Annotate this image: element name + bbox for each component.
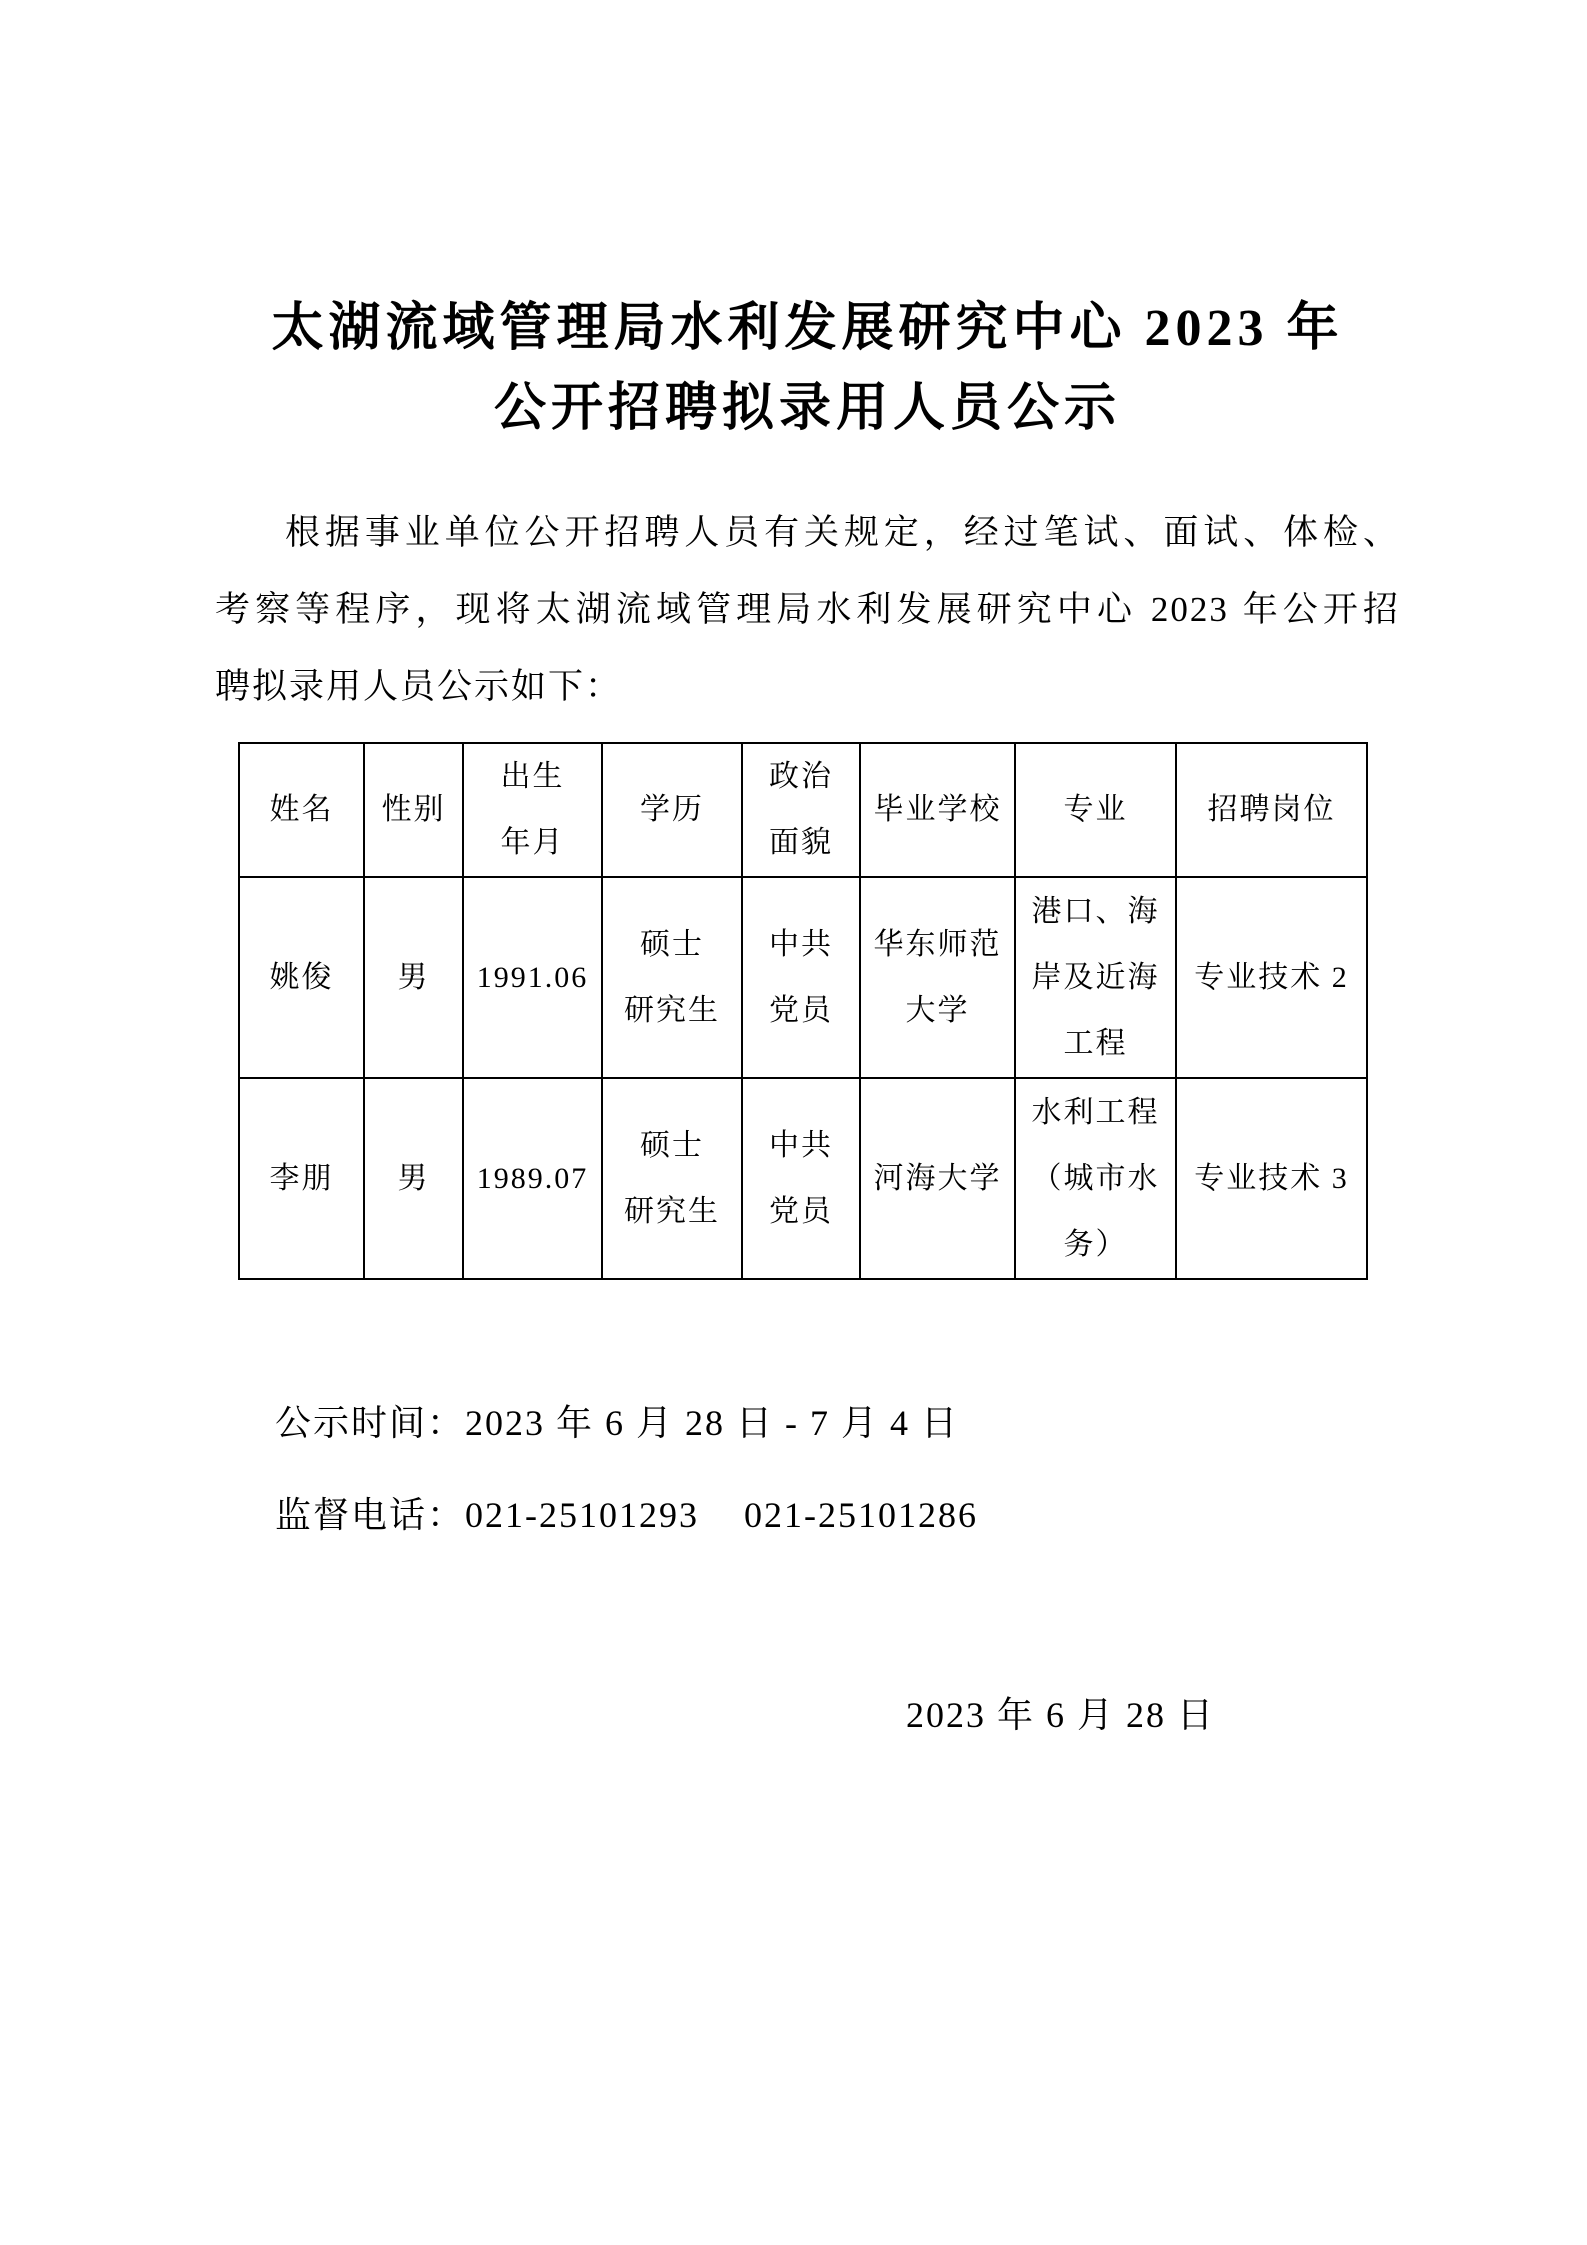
paragraph-line-1: 根据事业单位公开招聘人员有关规定，经过笔试、面试、体检、 bbox=[215, 494, 1400, 571]
col-header-position: 招聘岗位 bbox=[1176, 743, 1367, 877]
cell-birthdate: 1989.07 bbox=[463, 1078, 602, 1279]
signature-date: 2023 年 6 月 28 日 bbox=[215, 1685, 1400, 1745]
candidate-table: 姓名 性别 出生 年月 学历 政治 面貌 毕业学校 专业 招聘岗位 姚俊 男 1… bbox=[238, 742, 1368, 1280]
paragraph-line-3: 聘拟录用人员公示如下： bbox=[215, 648, 1400, 725]
paragraph-line-2: 考察等程序，现将太湖流域管理局水利发展研究中心 2023 年公开招 bbox=[215, 571, 1400, 648]
col-header-name: 姓名 bbox=[239, 743, 364, 877]
col-header-education: 学历 bbox=[602, 743, 742, 877]
cell-major: 港口、海 岸及近海 工程 bbox=[1015, 877, 1176, 1078]
supervision-phone-line: 监督电话：021-25101293021-25101286 bbox=[275, 1485, 1400, 1545]
table-row: 李朋 男 1989.07 硕士 研究生 中共 党员 河海大学 水利工程 （城市水… bbox=[239, 1078, 1367, 1279]
opening-paragraph: 根据事业单位公开招聘人员有关规定，经过笔试、面试、体检、 考察等程序，现将太湖流… bbox=[215, 494, 1400, 725]
cell-major: 水利工程 （城市水 务） bbox=[1015, 1078, 1176, 1279]
notice-time-label: 公示时间： bbox=[275, 1403, 465, 1443]
notice-time-value: 2023 年 6 月 28 日 - 7 月 4 日 bbox=[465, 1403, 959, 1443]
phone-number-1: 021-25101293 bbox=[465, 1495, 699, 1535]
cell-gender: 男 bbox=[364, 877, 463, 1078]
cell-education: 硕士 研究生 bbox=[602, 877, 742, 1078]
cell-name: 姚俊 bbox=[239, 877, 364, 1078]
col-header-birthdate: 出生 年月 bbox=[463, 743, 602, 877]
cell-birthdate: 1991.06 bbox=[463, 877, 602, 1078]
cell-political-status: 中共 党员 bbox=[742, 877, 860, 1078]
cell-school: 华东师范 大学 bbox=[860, 877, 1015, 1078]
title-line-1: 太湖流域管理局水利发展研究中心 2023 年 bbox=[215, 289, 1400, 369]
title-line-2: 公开招聘拟录用人员公示 bbox=[215, 369, 1400, 449]
cell-gender: 男 bbox=[364, 1078, 463, 1279]
cell-position: 专业技术 2 bbox=[1176, 877, 1367, 1078]
col-header-political-status: 政治 面貌 bbox=[742, 743, 860, 877]
col-header-major: 专业 bbox=[1015, 743, 1176, 877]
phone-number-2: 021-25101286 bbox=[744, 1495, 978, 1535]
table-row: 姚俊 男 1991.06 硕士 研究生 中共 党员 华东师范 大学 港口、海 岸… bbox=[239, 877, 1367, 1078]
col-header-gender: 性别 bbox=[364, 743, 463, 877]
notice-time-line: 公示时间：2023 年 6 月 28 日 - 7 月 4 日 bbox=[275, 1393, 1400, 1453]
document-title: 太湖流域管理局水利发展研究中心 2023 年 公开招聘拟录用人员公示 bbox=[215, 289, 1400, 449]
cell-position: 专业技术 3 bbox=[1176, 1078, 1367, 1279]
phone-label: 监督电话： bbox=[275, 1495, 465, 1535]
cell-education: 硕士 研究生 bbox=[602, 1078, 742, 1279]
col-header-school: 毕业学校 bbox=[860, 743, 1015, 877]
cell-political-status: 中共 党员 bbox=[742, 1078, 860, 1279]
cell-school: 河海大学 bbox=[860, 1078, 1015, 1279]
document-page: 太湖流域管理局水利发展研究中心 2023 年 公开招聘拟录用人员公示 根据事业单… bbox=[0, 0, 1587, 2245]
table-header-row: 姓名 性别 出生 年月 学历 政治 面貌 毕业学校 专业 招聘岗位 bbox=[239, 743, 1367, 877]
cell-name: 李朋 bbox=[239, 1078, 364, 1279]
